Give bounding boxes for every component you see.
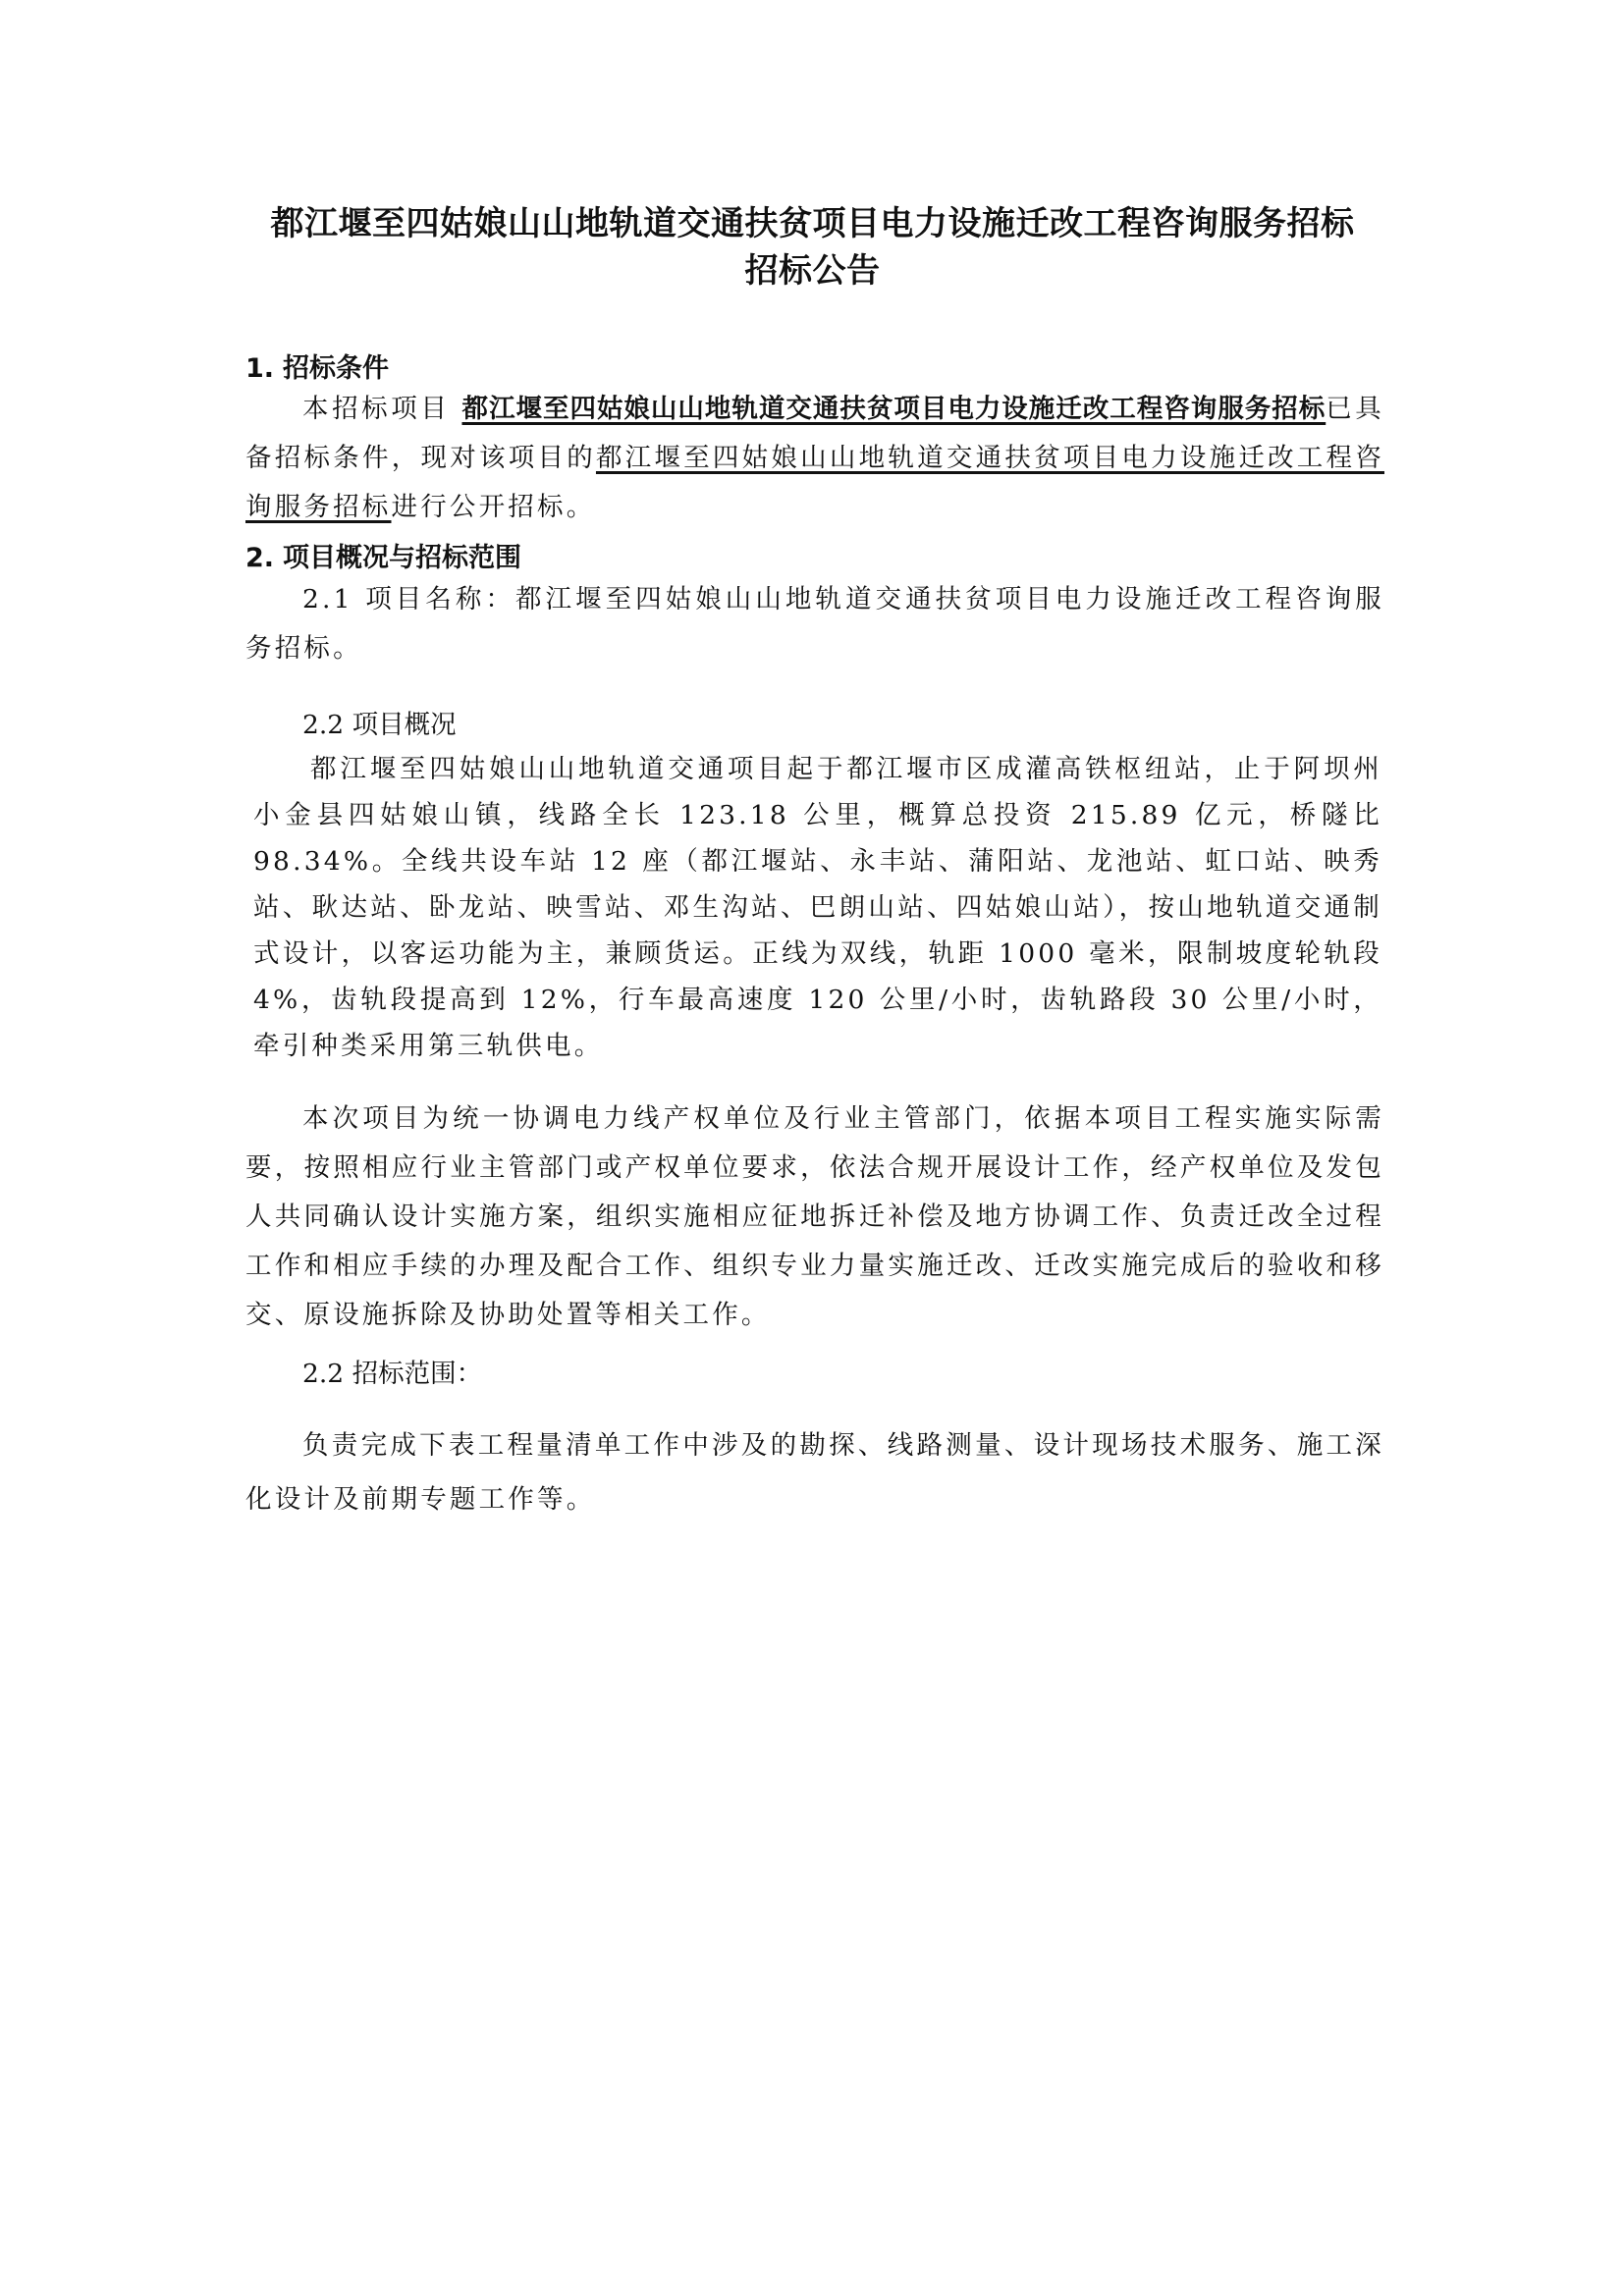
scope-description-paragraph: 本次项目为统一协调电力线产权单位及行业主管部门，依据本项目工程实施实际需要，按照…	[245, 1095, 1384, 1340]
section-1-number: 1.	[245, 352, 283, 386]
section-1-paragraph: 本招标项目 都江堰至四姑娘山山地轨道交通扶贫项目电力设施迁改工程咨询服务招标已具…	[245, 385, 1384, 532]
section-1-heading: 1.招标条件	[245, 352, 389, 386]
document-title: 都江堰至四姑娘山山地轨道交通扶贫项目电力设施迁改工程咨询服务招标	[245, 204, 1380, 243]
p1-suffix: 进行公开招标。	[392, 492, 596, 522]
tender-scope-paragraph: 负责完成下表工程量清单工作中涉及的勘探、线路测量、设计现场技术服务、施工深化设计…	[245, 1418, 1384, 1526]
document-subtitle: 招标公告	[245, 251, 1380, 291]
p1-prefix: 本招标项目	[302, 394, 461, 424]
project-name-paragraph: 2.1 项目名称：都江堰至四姑娘山山地轨道交通扶贫项目电力设施迁改工程咨询服务招…	[245, 575, 1384, 673]
section-1-title: 招标条件	[283, 353, 389, 384]
section-2-heading: 2.项目概况与招标范围	[245, 542, 521, 575]
project-name-bold: 都江堰至四姑娘山山地轨道交通扶贫项目电力设施迁改工程咨询服务招标	[461, 394, 1326, 424]
project-overview-paragraph: 都江堰至四姑娘山山地轨道交通项目起于都江堰市区成灌高铁枢纽站，止于阿坝州小金县四…	[253, 746, 1382, 1069]
tender-scope-heading: 2.2 招标范围：	[302, 1358, 482, 1391]
project-overview-heading: 2.2 项目概况	[302, 709, 457, 742]
document-page: 都江堰至四姑娘山山地轨道交通扶贫项目电力设施迁改工程咨询服务招标 招标公告 1.…	[0, 0, 1624, 2296]
section-2-title: 项目概况与招标范围	[283, 543, 521, 573]
section-2-number: 2.	[245, 542, 283, 575]
